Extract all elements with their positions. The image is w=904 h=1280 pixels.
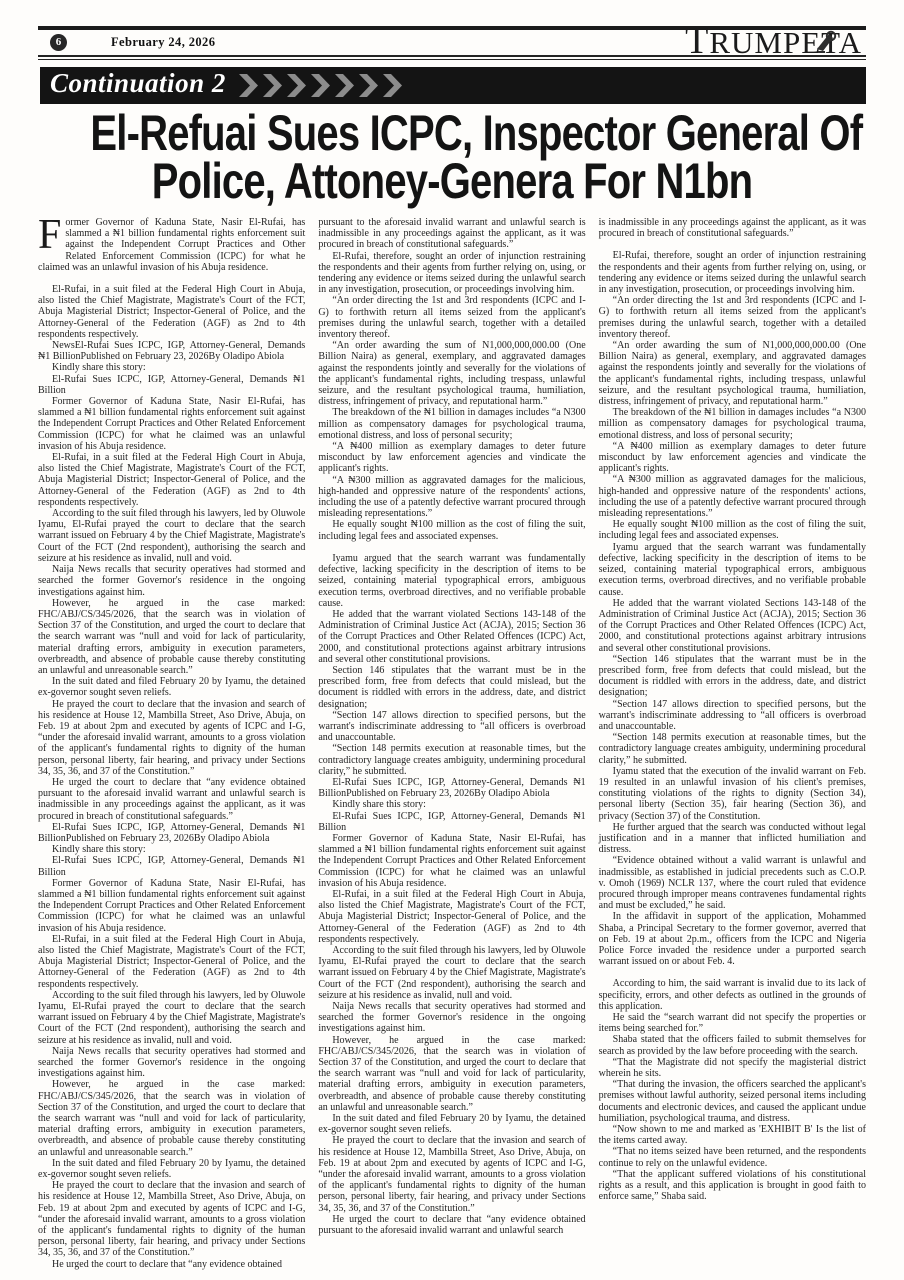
article-paragraph: The breakdown of the ₦1 billion in damag… [318,407,585,441]
article-column: is inadmissible in any proceedings again… [599,217,866,1270]
article-paragraph: “Evidence obtained without a valid warra… [599,855,866,911]
article-paragraph: He prayed the court to declare that the … [318,1135,585,1213]
article-paragraph: He equally sought ₦100 million as the co… [318,519,585,541]
article-paragraph: Former Governor of Kaduna State, Nasir E… [38,878,305,934]
trumpet-icon [814,30,840,59]
article-paragraph: Shaba stated that the officers failed to… [599,1034,866,1056]
article-paragraph: He urged the court to declare that “any … [38,1259,305,1270]
article-paragraph: He urged the court to declare that “any … [38,777,305,822]
article-paragraph: Kindly share this story: [38,362,305,373]
article-paragraph: “Section 146 stipulates that the warrant… [599,654,866,699]
chevron-icon [238,74,259,97]
chevron-icon [382,74,403,97]
article-paragraph: “A ₦300 million as aggravated damages fo… [599,474,866,519]
chevron-icon [310,74,331,97]
article-paragraph: He prayed the court to declare that the … [38,1180,305,1258]
issue-date: February 24, 2026 [111,35,215,50]
article-paragraph: El-Rufai Sues ICPC, IGP, Attorney-Genera… [38,855,305,877]
headline-line-1: El-Refuai Sues ICPC, Inspector General O… [90,109,813,157]
chevron-icon [358,74,379,97]
article-paragraph: “A ₦300 million as aggravated damages fo… [318,475,585,520]
article-paragraph: “A ₦400 million as exemplary damages to … [599,441,866,475]
article-paragraph: The breakdown of the ₦1 billion in damag… [599,407,866,441]
article-paragraph: El-Rufai Sues ICPC, IGP, Attorney-Genera… [38,822,305,844]
article-paragraph: “An order awarding the sum of N1,000,000… [599,340,866,407]
article-paragraph: El-Rufai, in a suit filed at the Federal… [38,284,305,340]
article-paragraph: NewsEl-Rufai Sues ICPC, IGP, Attorney-Ge… [38,340,305,362]
article-paragraph: “Section 147 allows direction to specifi… [318,710,585,744]
drop-cap: F [38,217,65,251]
article-paragraph: is inadmissible in any proceedings again… [599,217,866,239]
chevron-icon [262,74,283,97]
article-paragraph: He added that the warrant violated Secti… [318,609,585,665]
article-paragraph: According to him, the said warrant is in… [599,978,866,1012]
article-paragraph: Naija News recalls that security operati… [38,564,305,598]
article-paragraph: “Now shown to me and marked as 'EXHIBIT … [599,1124,866,1146]
article-column: pursuant to the aforesaid invalid warran… [318,217,585,1270]
article-paragraph: Kindly share this story: [38,844,305,855]
article-paragraph: He urged the court to declare that “any … [318,1214,585,1236]
article-paragraph: Naija News recalls that security operati… [38,1046,305,1080]
article-paragraph: Iyamu stated that the execution of the i… [599,766,866,822]
article-paragraph: Iyamu argued that the search warrant was… [599,542,866,598]
article-paragraph: El-Rufai, therefore, sought an order of … [599,250,866,295]
article-paragraph: El-Rufai, in a suit filed at the Federal… [38,934,305,990]
article-paragraph: Iyamu argued that the search warrant was… [318,553,585,609]
article-paragraph: “Section 148 permits execution at reason… [318,743,585,777]
article-paragraph: “That no items seized have been returned… [599,1146,866,1168]
page-header: 6 February 24, 2026 TRUMPETA [38,26,866,60]
article-paragraph: According to the suit filed through his … [38,990,305,1046]
continuation-banner-label: Continuation 2 [50,68,226,103]
article-paragraph: El-Rufai, therefore, sought an order of … [318,251,585,296]
article-paragraph: “An order directing the 1st and 3rd resp… [318,295,585,340]
article-paragraph: “A ₦400 million as exemplary damages to … [318,441,585,475]
article-paragraph: Former Governor of Kaduna State, Nasir E… [318,833,585,889]
article-headline: El-Refuai Sues ICPC, Inspector General O… [0,109,904,205]
chevron-icon [286,74,307,97]
article-paragraph: Section 146 stipulates that the warrant … [318,665,585,710]
article-paragraph: pursuant to the aforesaid invalid warran… [318,217,585,251]
headline-line-2: Police, Attoney-Genera For N1bn [90,157,813,205]
chevron-icon [334,74,355,97]
continuation-banner: Continuation 2 [40,67,866,104]
article-paragraph: However, he argued in the case marked: F… [38,598,305,676]
article-paragraph: “Section 147 allows direction to specifi… [599,699,866,733]
article-paragraph: However, he argued in the case marked: F… [38,1079,305,1157]
article-paragraph: However, he argued in the case marked: F… [318,1035,585,1113]
article-paragraph: Former Governor of Kaduna State, Nasir E… [38,396,305,452]
article-paragraph: “An order directing the 1st and 3rd resp… [599,295,866,340]
article-paragraph: He prayed the court to declare that the … [38,699,305,777]
article-paragraph: In the suit dated and filed February 20 … [38,676,305,698]
article-paragraph: “An order awarding the sum of N1,000,000… [318,340,585,407]
article-paragraph: According to the suit filed through his … [38,508,305,564]
article-body: Former Governor of Kaduna State, Nasir E… [38,217,866,1270]
article-paragraph: He added that the warrant violated Secti… [599,598,866,654]
article-paragraph: El-Rufai, in a suit filed at the Federal… [38,452,305,508]
article-paragraph: “That during the invasion, the officers … [599,1079,866,1124]
article-paragraph: El-Rufai Sues ICPC, IGP, Attorney-Genera… [38,374,305,396]
article-paragraph: “That the Magistrate did not specify the… [599,1057,866,1079]
article-paragraph: He said the “search warrant did not spec… [599,1012,866,1034]
article-paragraph: El-Rufai Sues ICPC, IGP, Attorney-Genera… [318,811,585,833]
newspaper-page: 6 February 24, 2026 TRUMPETA Continuatio… [0,0,904,1280]
article-paragraph: He further argued that the search was co… [599,822,866,856]
article-paragraph: In the suit dated and filed February 20 … [318,1113,585,1135]
article-paragraph: Naija News recalls that security operati… [318,1001,585,1035]
article-paragraph: Kindly share this story: [318,799,585,810]
page-number-badge: 6 [50,34,67,51]
chevron-row [238,74,403,97]
article-paragraph: He equally sought ₦100 million as the co… [599,519,866,541]
article-paragraph: Former Governor of Kaduna State, Nasir E… [38,217,305,273]
article-paragraph: El-Rufai Sues ICPC, IGP, Attorney-Genera… [318,777,585,799]
article-paragraph: In the suit dated and filed February 20 … [38,1158,305,1180]
article-paragraph: In the affidavit in support of the appli… [599,911,866,967]
article-paragraph: According to the suit filed through his … [318,945,585,1001]
article-paragraph: “Section 148 permits execution at reason… [599,732,866,766]
article-paragraph: El-Rufai, in a suit filed at the Federal… [318,889,585,945]
article-paragraph: “That the applicant suffered violations … [599,1169,866,1203]
article-column: Former Governor of Kaduna State, Nasir E… [38,217,305,1270]
